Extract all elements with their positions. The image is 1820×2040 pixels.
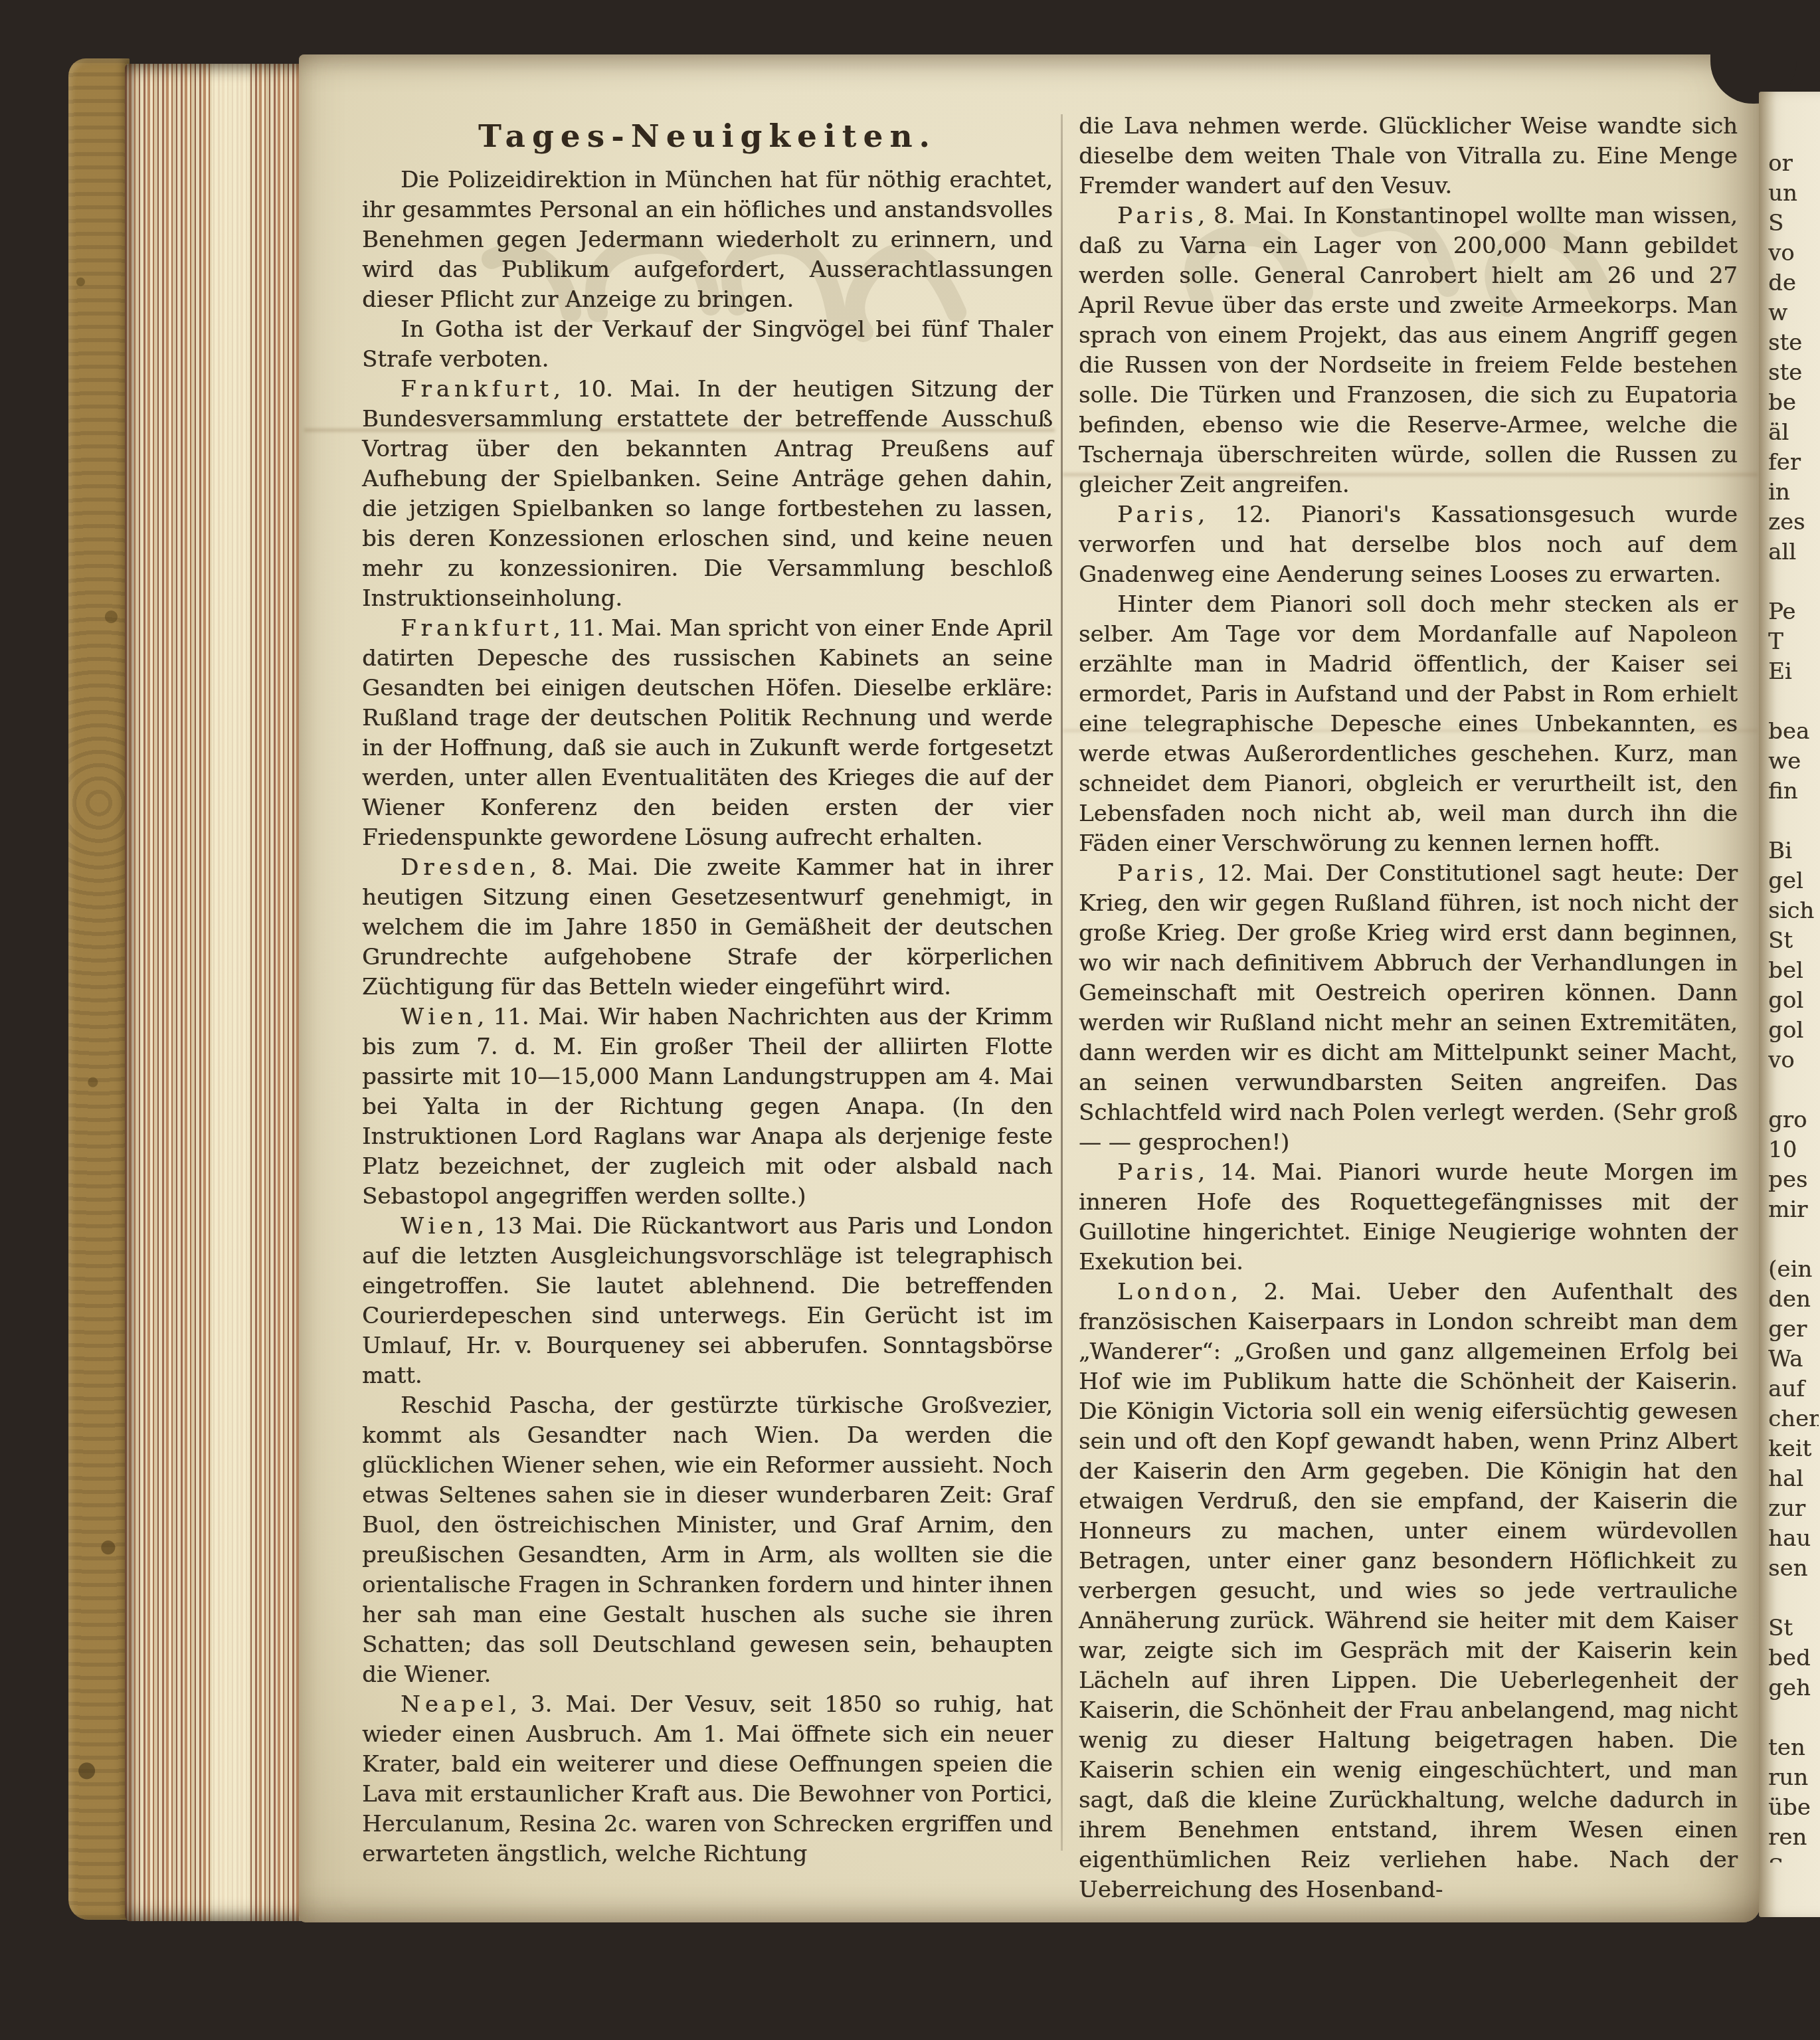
next-page-text-fragment	[1768, 1225, 1819, 1255]
next-page-text-fragment: fin	[1768, 777, 1819, 806]
dateline-date: , 3. Mai.	[510, 1691, 616, 1718]
next-page-text-fragment: übe	[1768, 1793, 1819, 1823]
next-page-text-fragments: orunSvodewstestebeälferinzesallPeTEibeaw…	[1768, 149, 1819, 1863]
next-page-text-fragment: zes	[1768, 508, 1819, 537]
next-page-text-fragment: Ei	[1768, 657, 1819, 687]
next-page-text-fragment	[1768, 1584, 1819, 1614]
paragraph-text: Man spricht von einer Ende April datirte…	[362, 615, 1053, 851]
news-paragraph: Die Polizeidirektion in München hat für …	[362, 165, 1053, 315]
dateline-date: , 10. Mai.	[553, 376, 681, 403]
news-paragraph: Paris, 12. Mai. Der Constitutionel sagt …	[1079, 859, 1738, 1158]
next-page-text-fragment: zur	[1768, 1494, 1819, 1524]
next-page-text-fragment: bea	[1768, 717, 1819, 747]
next-page-text-fragment: all	[1768, 537, 1819, 567]
next-page-text-fragment: ger	[1768, 1315, 1819, 1345]
right-column: die Lava nehmen werde. Glücklicher Weise…	[1079, 112, 1738, 1905]
fore-edge-page-stack	[125, 64, 303, 1921]
news-paragraph: In Gotha ist der Verkauf der Singvögel b…	[362, 315, 1053, 375]
dateline-city: Wien	[401, 1004, 477, 1030]
next-page-text-fragment: keit	[1768, 1434, 1819, 1464]
next-page-text-fragment: gol	[1768, 1016, 1819, 1046]
news-paragraph: Paris, 8. Mai. In Konstantinopel wollte …	[1079, 201, 1738, 500]
dateline-date: , 11. Mai.	[553, 615, 662, 642]
next-page-text-fragment: w	[1768, 298, 1819, 328]
next-page-text-fragment: gol	[1768, 986, 1819, 1016]
next-page-text-fragment: vo	[1768, 238, 1819, 268]
next-page-text-fragment	[1768, 567, 1819, 597]
next-page-text-fragment: pes	[1768, 1165, 1819, 1195]
next-page-text-fragment: vo	[1768, 1046, 1819, 1075]
next-page-text-fragment: hal	[1768, 1464, 1819, 1494]
dateline-city: Frankfurt	[401, 376, 553, 403]
dateline-date: , 12.	[1198, 502, 1271, 528]
next-page-text-fragment: den	[1768, 1285, 1819, 1315]
news-paragraph: die Lava nehmen werde. Glücklicher Weise…	[1079, 112, 1738, 201]
paragraph-text: Reschid Pascha, der gestürzte türkische …	[362, 1392, 1053, 1688]
next-page-text-fragment: St	[1768, 926, 1819, 956]
paragraph-text: In Konstantinopel wollte man wissen, daß…	[1079, 203, 1738, 498]
news-paragraph: Paris, 14. Mai. Pianori wurde heute Morg…	[1079, 1158, 1738, 1277]
next-page-text-fragment: Pe	[1768, 597, 1819, 627]
news-paragraph: Dresden, 8. Mai. Die zweite Kammer hat i…	[362, 853, 1053, 1002]
next-page-text-fragment: sen	[1768, 1554, 1819, 1584]
next-page-text-fragment	[1768, 806, 1819, 836]
news-paragraph: Wien, 13 Mai. Die Rückantwort aus Paris …	[362, 1212, 1053, 1391]
next-page-text-fragment: ren	[1768, 1823, 1819, 1853]
dateline-city: Paris	[1117, 203, 1198, 229]
left-column-paragraphs: Die Polizeidirektion in München hat für …	[362, 165, 1053, 1869]
next-page-text-fragment: de	[1768, 268, 1819, 298]
dateline-city: Paris	[1117, 860, 1198, 887]
next-page-text-fragment: bel	[1768, 956, 1819, 986]
news-paragraph: Hinter dem Pianori soll doch mehr stecke…	[1079, 590, 1738, 859]
news-paragraph: Wien, 11. Mai. Wir haben Nachrichten aus…	[362, 1002, 1053, 1212]
next-page-text-fragment: St	[1768, 1614, 1819, 1643]
next-page-text-fragment: gel	[1768, 866, 1819, 896]
news-paragraph: London, 2. Mai. Ueber den Aufenthalt des…	[1079, 1277, 1738, 1905]
next-page-text-fragment	[1768, 1703, 1819, 1733]
next-page-text-fragment: Wa	[1768, 1345, 1819, 1374]
right-column-paragraphs: die Lava nehmen werde. Glücklicher Weise…	[1079, 112, 1738, 1905]
dateline-city: Wien	[401, 1213, 477, 1240]
next-page-text-fragment: geh	[1768, 1673, 1819, 1703]
next-page-text-fragment: bed	[1768, 1643, 1819, 1673]
dateline-date: , 8. Mai.	[529, 854, 638, 881]
next-page-text-fragment: ten	[1768, 1733, 1819, 1763]
dateline-city: Neapel	[401, 1691, 510, 1718]
next-page-text-fragment: sich	[1768, 896, 1819, 926]
column-divider-rule	[1061, 114, 1063, 1851]
paragraph-text: Hinter dem Pianori soll doch mehr stecke…	[1079, 591, 1738, 857]
next-page-text-fragment: hau	[1768, 1524, 1819, 1554]
news-paragraph: Frankfurt, 10. Mai. In der heutigen Sitz…	[362, 375, 1053, 614]
next-page-text-fragment: (ein	[1768, 1255, 1819, 1285]
next-page-text-fragment	[1768, 687, 1819, 717]
paragraph-text: In der heutigen Sitzung der Bundesversam…	[362, 376, 1053, 612]
dateline-date: , 8. Mai.	[1198, 203, 1295, 229]
news-paragraph: Neapel, 3. Mai. Der Vesuv, seit 1850 so …	[362, 1690, 1053, 1869]
dateline-city: London	[1117, 1279, 1231, 1305]
next-page-text-fragment: run	[1768, 1763, 1819, 1793]
news-paragraph: Paris, 12. Pianori's Kassationsgesuch wu…	[1079, 500, 1738, 590]
next-page-text-fragment: ste	[1768, 328, 1819, 358]
next-page-text-fragment: be	[1768, 388, 1819, 418]
dateline-city: Dresden	[401, 854, 529, 881]
next-page-text-fragment: ste	[1768, 358, 1819, 388]
next-page-text-fragment: mir	[1768, 1195, 1819, 1225]
book-cover-edge	[68, 58, 130, 1920]
paragraph-text: Ueber den Aufenthalt des französischen K…	[1079, 1279, 1738, 1903]
next-page-text-fragment: T	[1768, 627, 1819, 657]
paragraph-text: Der Constitutionel sagt heute: Der Krieg…	[1079, 860, 1738, 1156]
next-page-text-fragment: in	[1768, 478, 1819, 508]
paragraph-text: Die Polizeidirektion in München hat für …	[362, 167, 1053, 313]
next-page-text-fragment: chen	[1768, 1404, 1819, 1434]
dateline-date: , 2. Mai.	[1231, 1279, 1362, 1305]
scan-background: { "colors":{ "background":"#2b2521", "pa…	[0, 0, 1820, 2040]
left-column: Tages-Neuigkeiten. Die Polizeidirektion …	[362, 118, 1053, 1869]
next-page-text-fragment: fer	[1768, 448, 1819, 478]
next-page-text-fragment: Bi	[1768, 836, 1819, 866]
paragraph-text: Wir haben Nachrichten aus der Krimm bis …	[362, 1004, 1053, 1210]
dateline-city: Paris	[1117, 502, 1198, 528]
next-page-text-fragment: un	[1768, 179, 1819, 209]
dateline-date: , 12. Mai.	[1198, 860, 1314, 887]
paragraph-text: die Lava nehmen werde. Glücklicher Weise…	[1079, 113, 1738, 199]
paragraph-text: In Gotha ist der Verkauf der Singvögel b…	[362, 316, 1053, 373]
next-page-text-fragment	[1768, 1075, 1819, 1105]
section-title: Tages-Neuigkeiten.	[362, 118, 1053, 155]
news-paragraph: Frankfurt, 11. Mai. Man spricht von eine…	[362, 614, 1053, 853]
dateline-date: , 13 Mai.	[477, 1213, 583, 1240]
next-page-text-fragment: auf	[1768, 1374, 1819, 1404]
next-page-text-fragment: Sc	[1768, 1853, 1819, 1863]
next-page-text-fragment: S	[1768, 209, 1819, 238]
next-page-text-fragment: äl	[1768, 418, 1819, 448]
next-page-text-fragment: we	[1768, 747, 1819, 777]
dateline-date: , 14. Mai.	[1198, 1159, 1322, 1186]
dateline-city: Paris	[1117, 1159, 1198, 1186]
next-page-text-fragment: or	[1768, 149, 1819, 179]
news-paragraph: Reschid Pascha, der gestürzte türkische …	[362, 1391, 1053, 1690]
next-page-text-fragment: 10	[1768, 1135, 1819, 1165]
next-page-text-fragment: gro	[1768, 1105, 1819, 1135]
dateline-city: Frankfurt	[401, 615, 553, 642]
dateline-date: , 11. Mai.	[477, 1004, 589, 1030]
